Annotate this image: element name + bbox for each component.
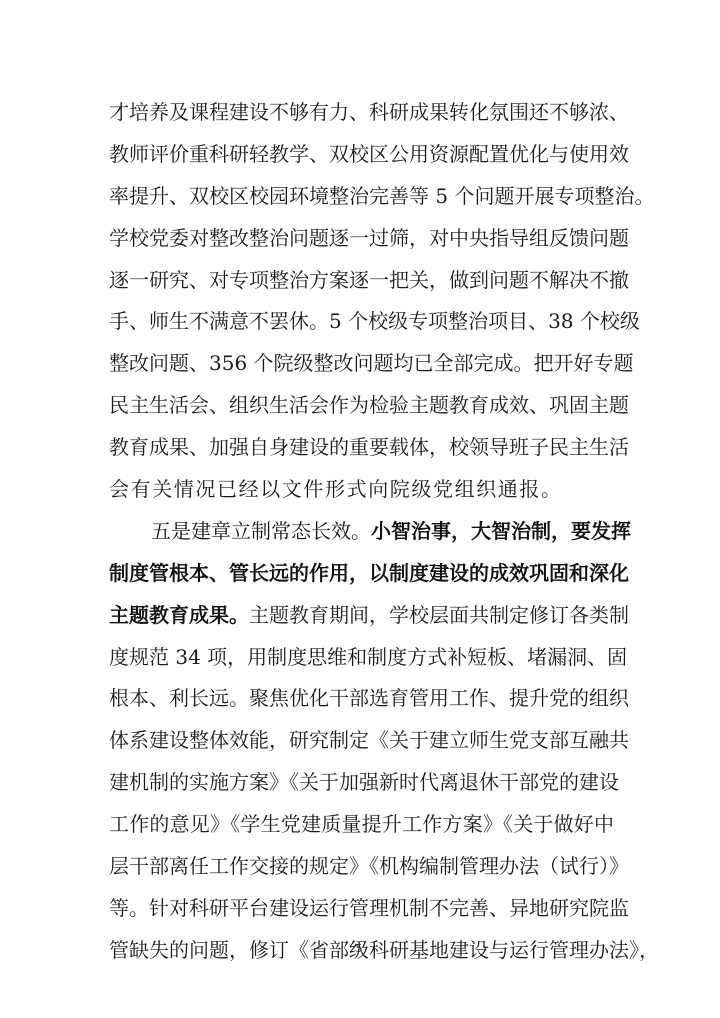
text-line: 才培养及课程建设不够有力、科研成果转化氛围还不够浓、 bbox=[109, 92, 614, 134]
document-page: 才培养及课程建设不够有力、科研成果转化氛围还不够浓、 教师评价重科研轻教学、双校… bbox=[0, 0, 720, 1018]
bold-lead-sentence: 小智治事，大智治制，要发挥 bbox=[371, 519, 631, 543]
page-number: 5 bbox=[352, 942, 366, 955]
text-line: 根本、利长远。聚焦优化干部选育管用工作、提升党的组织 bbox=[109, 678, 614, 720]
text-line: 学校党委对整改整治问题逐一过筛，对中央指导组反馈问题 bbox=[109, 218, 614, 260]
text-line: 主题教育成果。主题教育期间，学校层面共制定修订各类制 bbox=[109, 595, 614, 637]
text-line: 教师评价重科研轻教学、双校区公用资源配置优化与使用效 bbox=[109, 134, 614, 176]
text-line: 民主生活会、组织生活会作为检验主题教育成效、巩固主题 bbox=[109, 385, 614, 427]
text-line: 手、师生不满意不罢休。5 个校级专项整治项目、38 个校级 bbox=[109, 301, 614, 343]
bold-lead-end: 主题教育成果。 bbox=[109, 603, 249, 627]
text-line: 会有关情况已经以文件形式向院级党组织通报。 bbox=[109, 469, 614, 511]
body-text: 才培养及课程建设不够有力、科研成果转化氛围还不够浓、 教师评价重科研轻教学、双校… bbox=[109, 92, 614, 972]
text-line: 工作的意见》《学生党建质量提升工作方案》《关于做好中 bbox=[109, 804, 614, 846]
text-line: 体系建设整体效能，研究制定《关于建立师生党支部互融共 bbox=[109, 720, 614, 762]
text-line: 教育成果、加强自身建设的重要载体，校领导班子民主生活 bbox=[109, 427, 614, 469]
text-line: 整改问题、356 个院级整改问题均已全部完成。把开好专题 bbox=[109, 343, 614, 385]
section-heading-line: 五是建章立制常态长效。小智治事，大智治制，要发挥 bbox=[109, 511, 614, 553]
text-line: 度规范 34 项，用制度思维和制度方式补短板、堵漏洞、固 bbox=[109, 637, 614, 679]
section-heading: 五是建章立制常态长效。 bbox=[151, 519, 371, 543]
text-line: 率提升、双校区校园环境整治完善等 5 个问题开展专项整治。 bbox=[109, 176, 614, 218]
text-span: 主题教育期间，学校层面共制定修订各类制 bbox=[249, 603, 629, 627]
text-line: 逐一研究、对专项整治方案逐一把关，做到问题不解决不撤 bbox=[109, 260, 614, 302]
text-line: 建机制的实施方案》《关于加强新时代离退休干部党的建设 bbox=[109, 762, 614, 804]
text-line: 层干部离任工作交接的规定》《机构编制管理办法（试行）》 bbox=[109, 846, 614, 888]
bold-text-line: 制度管根本、管长远的作用，以制度建设的成效巩固和深化 bbox=[109, 553, 614, 595]
text-line: 等。针对科研平台建设运行管理机制不完善、异地研究院监 bbox=[109, 888, 614, 930]
